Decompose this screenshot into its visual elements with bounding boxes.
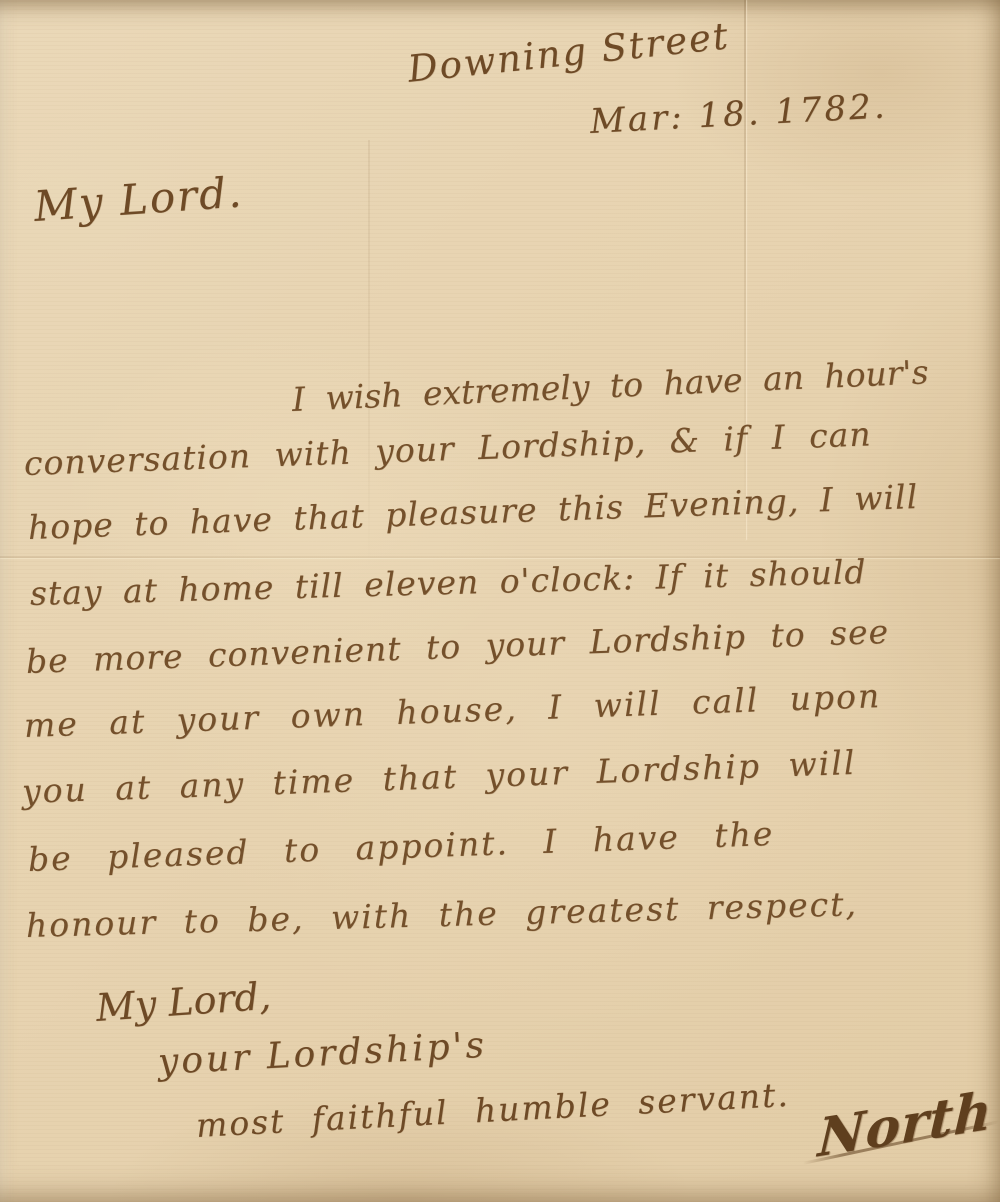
vertical-fold-crease — [744, 0, 746, 540]
letter-salutation: My Lord. — [32, 167, 244, 231]
letter-date-line: Mar: 18. 1782. — [589, 86, 889, 142]
letter-body-line: conversation with your Lordship, & if I … — [23, 414, 872, 483]
letter-closing-line: your Lordship's — [157, 1025, 488, 1083]
letter-page: Downing Street Mar: 18. 1782. My Lord. I… — [0, 0, 1000, 1202]
letter-body-line: me at your own house, I will call upon — [23, 676, 881, 745]
letter-closing-line: most faithful humble servant. — [195, 1075, 791, 1145]
letter-body-line: honour to be, with the greatest respect, — [25, 884, 858, 945]
letter-closing-line: My Lord, — [94, 974, 272, 1030]
letter-body-line: be more convenient to your Lordship to s… — [25, 612, 889, 681]
letter-place-line: Downing Street — [406, 14, 732, 91]
letter-body-line: be pleased to appoint. I have the — [27, 814, 775, 879]
letter-signature: North — [816, 1080, 994, 1170]
letter-body-line: hope to have that pleasure this Evening,… — [27, 477, 918, 547]
letter-body-line: stay at home till eleven o'clock: If it … — [29, 552, 866, 613]
letter-body-line: I wish extremely to have an hour's — [291, 352, 929, 419]
letter-body-line: you at any time that your Lordship will — [21, 743, 857, 811]
